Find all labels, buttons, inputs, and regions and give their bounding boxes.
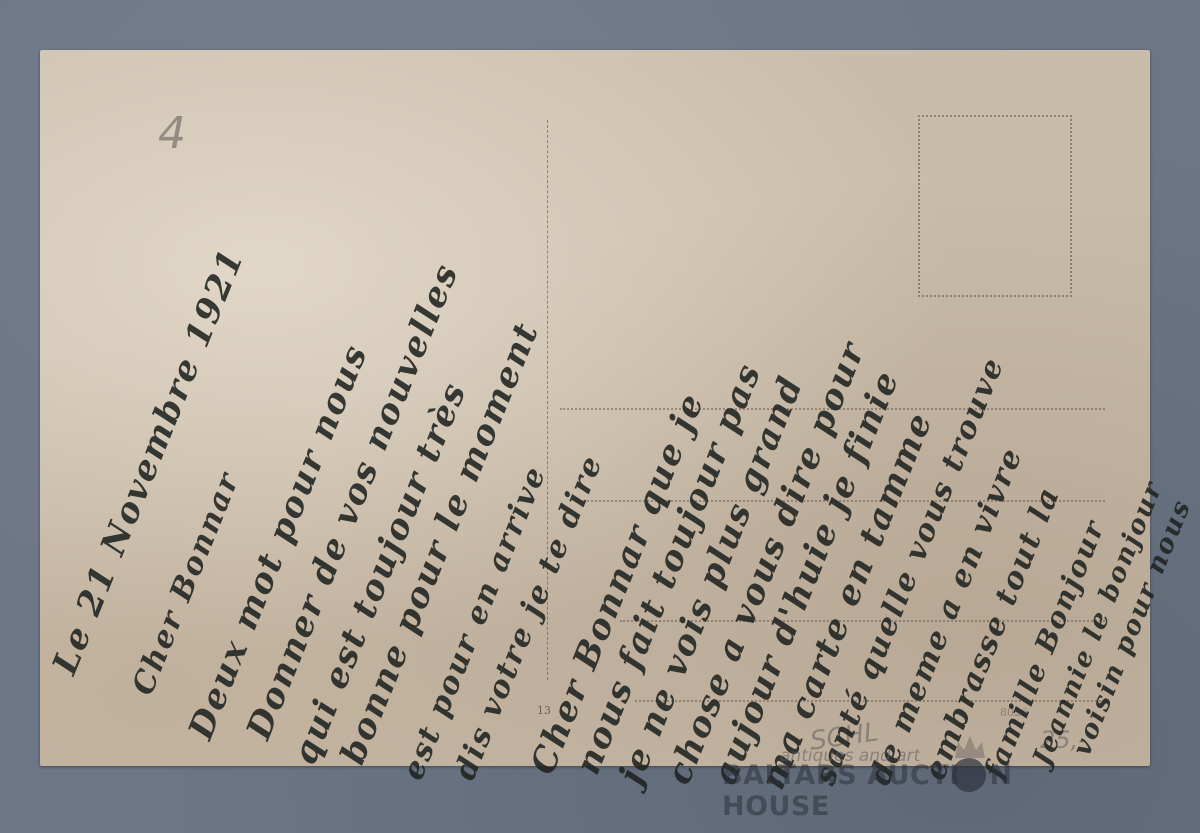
- postcard: 13 8026 4 SCHL 25,- Le 21 Novembre 1921 …: [40, 50, 1150, 766]
- handwriting-line: Le 21 Novembre 1921: [45, 243, 253, 680]
- handwritten-message: Le 21 Novembre 1921 Cher Bonnar Deux mot…: [40, 50, 1150, 766]
